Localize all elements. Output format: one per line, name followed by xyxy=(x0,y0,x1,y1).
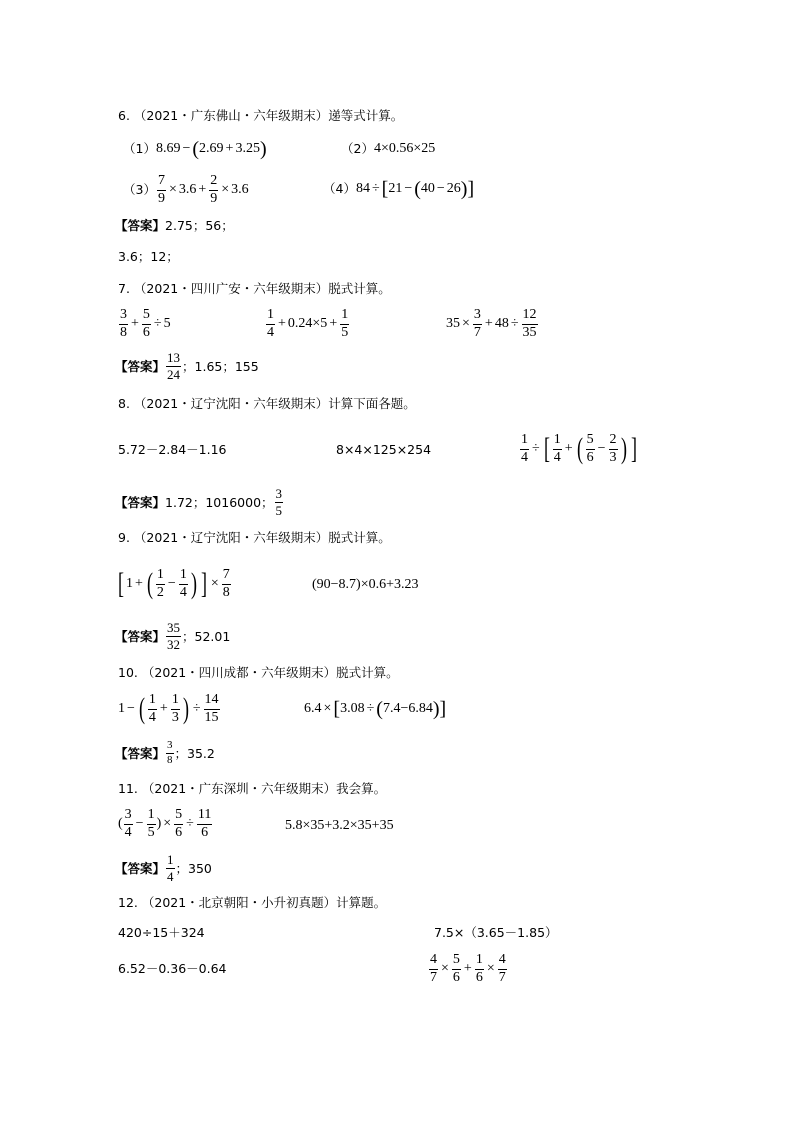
answer-fraction: 1324 xyxy=(166,351,181,381)
times-sign: × xyxy=(221,183,229,197)
document-page: 6. （2021・广东佛山・六年级期末）递等式计算。 （1） 8.69−(2.6… xyxy=(0,0,793,1122)
answer-text: ；35.2 xyxy=(175,744,215,762)
fraction: 116 xyxy=(197,808,212,840)
expr-part: 1 xyxy=(118,702,125,716)
q6-item-1: （1） 8.69−(2.69+3.25) xyxy=(123,140,267,158)
question-6-title: 6. （2021・广东佛山・六年级期末）递等式计算。 xyxy=(118,110,403,123)
question-number: 10. xyxy=(118,665,138,680)
bracket: ] xyxy=(467,179,474,199)
fraction: 38 xyxy=(119,308,128,340)
paren: ( xyxy=(192,139,199,159)
q6-item-4: （4） 84÷[21−(40−26)] xyxy=(323,178,474,200)
q8-item-3: 14÷[14+(56−23)] xyxy=(519,430,639,468)
fraction: 15 xyxy=(340,308,349,340)
fraction: 14 xyxy=(520,433,529,465)
fraction: 34 xyxy=(124,808,133,840)
answer-text: 1.72；1016000； xyxy=(165,493,274,511)
bracket: [ xyxy=(118,569,124,599)
bracket: [ xyxy=(382,179,389,199)
q9-item-1: [1+(12−14)]×78 xyxy=(116,565,232,603)
item-label: （3） xyxy=(123,184,156,197)
fraction: 12 xyxy=(156,568,165,600)
q6-answer-line2: 3.6；12； xyxy=(118,251,179,264)
times-sign: × xyxy=(169,183,177,197)
fraction: 14 xyxy=(148,693,157,725)
answer-label: 【答案】 xyxy=(115,493,165,511)
minus-sign: − xyxy=(127,702,135,716)
plus-sign: + xyxy=(160,702,168,716)
answer-label: 【答案】 xyxy=(115,357,165,375)
paren: ( xyxy=(118,817,123,831)
q9-item-2: (90−8.7)×0.6+3.23 xyxy=(312,576,419,594)
plus-sign: + xyxy=(485,317,493,331)
q12-item-4: 47×56+16×47 xyxy=(428,953,508,985)
expr-part: 6.4 xyxy=(304,702,322,716)
minus-sign: − xyxy=(182,142,190,156)
times-sign: × xyxy=(211,577,219,591)
bracket: ] xyxy=(631,434,637,464)
expr-part: 3.6 xyxy=(231,183,249,197)
expr-part: 0.24×5 xyxy=(288,317,327,331)
fraction: 56 xyxy=(452,953,461,985)
q7-item-1: 38+56÷5 xyxy=(118,308,171,340)
q10-item-1: 1−(14+13)÷1415 xyxy=(118,690,221,728)
expr-part: 7.4−6.84 xyxy=(383,702,433,716)
minus-sign: − xyxy=(136,817,144,831)
expr-part: 1 xyxy=(126,577,133,591)
q10-item-2: 6.4×[3.08÷(7.4−6.84)] xyxy=(304,698,446,720)
question-source: （2021・四川成都・六年级期末）脱式计算。 xyxy=(142,665,399,680)
fraction: 37 xyxy=(473,308,482,340)
q12-item-1: 420÷15＋324 xyxy=(118,927,205,940)
plus-sign: + xyxy=(226,142,234,156)
fraction: 16 xyxy=(475,953,484,985)
q7-item-2: 14+0.24×5+15 xyxy=(265,308,350,340)
paren: ( xyxy=(147,569,153,599)
q6-item-3: （3） 79×3.6+29×3.6 xyxy=(123,174,249,206)
fraction: 79 xyxy=(157,174,166,206)
bracket: [ xyxy=(544,434,550,464)
q12-item-3: 6.52－0.36－0.64 xyxy=(118,963,227,976)
question-number: 6. xyxy=(118,108,130,123)
item-label: （4） xyxy=(323,183,356,196)
divide-sign: ÷ xyxy=(154,317,162,331)
fraction: 1415 xyxy=(204,693,220,725)
paren: ) xyxy=(461,179,468,199)
answer-text: ；1.65；155 xyxy=(182,357,259,375)
divide-sign: ÷ xyxy=(193,702,201,716)
question-11-title: 11. （2021・广东深圳・六年级期末）我会算。 xyxy=(118,783,386,796)
question-12-title: 12. （2021・北京朝阳・小升初真题）计算题。 xyxy=(118,897,386,910)
question-source: （2021・辽宁沈阳・六年级期末）计算下面各题。 xyxy=(134,396,416,411)
expr-part: 3.08 xyxy=(340,702,365,716)
q8-item-1: 5.72－2.84－1.16 xyxy=(118,444,227,457)
answer-label: 【答案】 xyxy=(115,744,165,762)
question-7-title: 7. （2021・四川广安・六年级期末）脱式计算。 xyxy=(118,283,391,296)
fraction: 13 xyxy=(171,693,180,725)
fraction: 15 xyxy=(147,808,156,840)
q11-item-2: 5.8×35+3.2×35+35 xyxy=(285,817,394,835)
answer-label: 【答案】 xyxy=(115,859,165,877)
expr-part: 3.6 xyxy=(179,183,197,197)
question-source: （2021・广东佛山・六年级期末）递等式计算。 xyxy=(134,108,403,123)
item-label: （2） xyxy=(341,143,374,156)
fraction: 56 xyxy=(174,808,183,840)
plus-sign: + xyxy=(278,317,286,331)
question-9-title: 9. （2021・辽宁沈阳・六年级期末）脱式计算。 xyxy=(118,532,391,545)
fraction: 47 xyxy=(498,953,507,985)
question-number: 12. xyxy=(118,895,138,910)
answer-fraction: 38 xyxy=(166,740,174,766)
fraction: 56 xyxy=(586,433,595,465)
paren: ) xyxy=(621,434,627,464)
expr-part: 2.69 xyxy=(199,142,224,156)
answer-text: ；52.01 xyxy=(182,627,230,645)
paren: ) xyxy=(260,139,267,159)
paren: ) xyxy=(191,569,197,599)
paren: ) xyxy=(157,817,162,831)
paren: ( xyxy=(139,694,145,724)
q12-item-2: 7.5×（3.65－1.85） xyxy=(434,927,558,940)
expr-part: 4×0.56×25 xyxy=(374,142,435,156)
question-source: （2021・四川广安・六年级期末）脱式计算。 xyxy=(134,281,391,296)
question-number: 9. xyxy=(118,530,130,545)
expr-part: 84 xyxy=(356,182,370,196)
q6-item-2: （2） 4×0.56×25 xyxy=(341,140,435,158)
minus-sign: − xyxy=(598,442,606,456)
expr-part: 40 xyxy=(421,182,435,196)
times-sign: × xyxy=(163,817,171,831)
bracket: ] xyxy=(440,699,447,719)
minus-sign: − xyxy=(437,182,445,196)
answer-fraction: 35 xyxy=(275,487,284,517)
fraction: 23 xyxy=(609,433,618,465)
divide-sign: ÷ xyxy=(367,702,375,716)
minus-sign: − xyxy=(404,182,412,196)
fraction: 78 xyxy=(222,568,231,600)
expr-part: 3.25 xyxy=(235,142,260,156)
paren: ( xyxy=(577,434,583,464)
expr-part: 21 xyxy=(388,182,402,196)
expr-part: 5 xyxy=(164,317,171,331)
paren: ( xyxy=(414,179,421,199)
q9-answer: 【答案】 3532 ；52.01 xyxy=(115,620,230,652)
question-source: （2021・北京朝阳・小升初真题）计算题。 xyxy=(142,895,386,910)
divide-sign: ÷ xyxy=(186,817,194,831)
fraction: 56 xyxy=(142,308,151,340)
q11-answer: 【答案】 14 ；350 xyxy=(115,852,212,884)
times-sign: × xyxy=(462,317,470,331)
plus-sign: + xyxy=(329,317,337,331)
plus-sign: + xyxy=(135,577,143,591)
answer-text: 2.75；56； xyxy=(165,218,234,233)
paren: ( xyxy=(376,699,383,719)
fraction: 1235 xyxy=(522,308,538,340)
expr-part: 26 xyxy=(447,182,461,196)
answer-label: 【答案】 xyxy=(115,627,165,645)
bracket: [ xyxy=(333,699,340,719)
q8-answer: 【答案】 1.72；1016000； 35 xyxy=(115,486,284,518)
fraction: 14 xyxy=(179,568,188,600)
expr-part: 48 xyxy=(495,317,509,331)
item-label: （1） xyxy=(123,143,156,156)
fraction: 47 xyxy=(429,953,438,985)
fraction: 29 xyxy=(209,174,218,206)
fraction: 14 xyxy=(553,433,562,465)
divide-sign: ÷ xyxy=(532,442,540,456)
question-source: （2021・辽宁沈阳・六年级期末）脱式计算。 xyxy=(134,530,391,545)
question-10-title: 10. （2021・四川成都・六年级期末）脱式计算。 xyxy=(118,667,399,680)
question-number: 11. xyxy=(118,781,138,796)
plus-sign: + xyxy=(198,183,206,197)
times-sign: × xyxy=(324,702,332,716)
question-number: 7. xyxy=(118,281,130,296)
plus-sign: + xyxy=(464,962,472,976)
divide-sign: ÷ xyxy=(372,182,380,196)
q6-answer: 【答案】2.75；56； xyxy=(115,220,234,233)
answer-fraction: 3532 xyxy=(166,621,181,651)
answer-fraction: 14 xyxy=(166,853,175,883)
question-source: （2021・广东深圳・六年级期末）我会算。 xyxy=(142,781,386,796)
fraction: 14 xyxy=(266,308,275,340)
bracket: ] xyxy=(201,569,207,599)
expr-part: 35 xyxy=(446,317,460,331)
q10-answer: 【答案】 38 ；35.2 xyxy=(115,740,215,766)
divide-sign: ÷ xyxy=(511,317,519,331)
times-sign: × xyxy=(441,962,449,976)
q7-answer: 【答案】 1324 ；1.65；155 xyxy=(115,350,259,382)
q7-item-3: 35×37+48÷1235 xyxy=(446,308,539,340)
expr-part: 8.69 xyxy=(156,142,181,156)
paren: ) xyxy=(183,694,189,724)
plus-sign: + xyxy=(565,442,573,456)
q8-item-2: 8×4×125×254 xyxy=(336,444,431,457)
q11-item-1: (34−15)×56÷116 xyxy=(118,808,213,840)
plus-sign: + xyxy=(131,317,139,331)
paren: ) xyxy=(433,699,440,719)
question-8-title: 8. （2021・辽宁沈阳・六年级期末）计算下面各题。 xyxy=(118,398,416,411)
question-number: 8. xyxy=(118,396,130,411)
answer-text: ；350 xyxy=(176,859,212,877)
times-sign: × xyxy=(487,962,495,976)
answer-label: 【答案】 xyxy=(115,218,165,233)
minus-sign: − xyxy=(168,577,176,591)
